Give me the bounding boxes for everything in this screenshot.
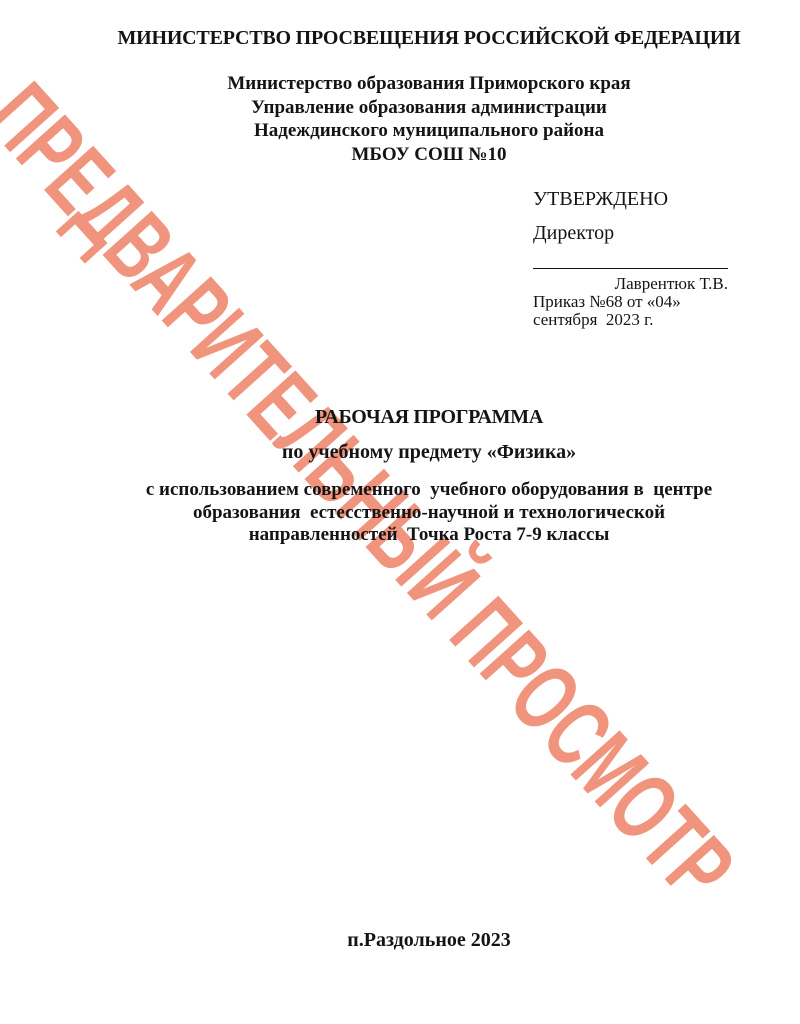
ministry-title: МИНИСТЕРСТВО ПРОСВЕЩЕНИЯ РОССИЙСКОЙ ФЕДЕ…	[114, 27, 744, 50]
order-number-line: Приказ №68 от «04»	[533, 292, 681, 312]
program-description-line: образования естесственно-научной и техно…	[84, 502, 774, 525]
org-line-region-ministry: Министерство образования Приморского кра…	[114, 72, 744, 96]
order-date-line: сентября 2023 г.	[533, 310, 653, 330]
program-subject: по учебному предмету «Физика»	[114, 441, 744, 464]
program-title: РАБОЧАЯ ПРОГРАММА	[114, 406, 744, 429]
org-line-education-department: Управление образования администрации	[114, 96, 744, 120]
document-page: ПРЕДВАРИТЕЛЬНЫЙ ПРОСМОТР МИНИСТЕРСТВО ПР…	[0, 0, 800, 1024]
organization-block: Министерство образования Приморского кра…	[114, 72, 744, 166]
signature-line	[533, 268, 728, 269]
program-description-line: направленностей Точка Роста 7-9 классы	[84, 524, 774, 547]
program-description: с использованием современного учебного о…	[84, 479, 774, 547]
place-year: п.Раздольное 2023	[114, 929, 744, 952]
document-content: МИНИСТЕРСТВО ПРОСВЕЩЕНИЯ РОССИЙСКОЙ ФЕДЕ…	[0, 0, 800, 1024]
program-description-line: с использованием современного учебного о…	[84, 479, 774, 502]
approved-label: УТВЕРЖДЕНО	[533, 188, 668, 211]
org-line-municipal-district: Надеждинского муниципального района	[114, 119, 744, 143]
director-label: Директор	[533, 222, 614, 245]
org-line-school-name: МБОУ СОШ №10	[114, 143, 744, 167]
signer-name: Лаврентюк Т.В.	[533, 274, 728, 294]
